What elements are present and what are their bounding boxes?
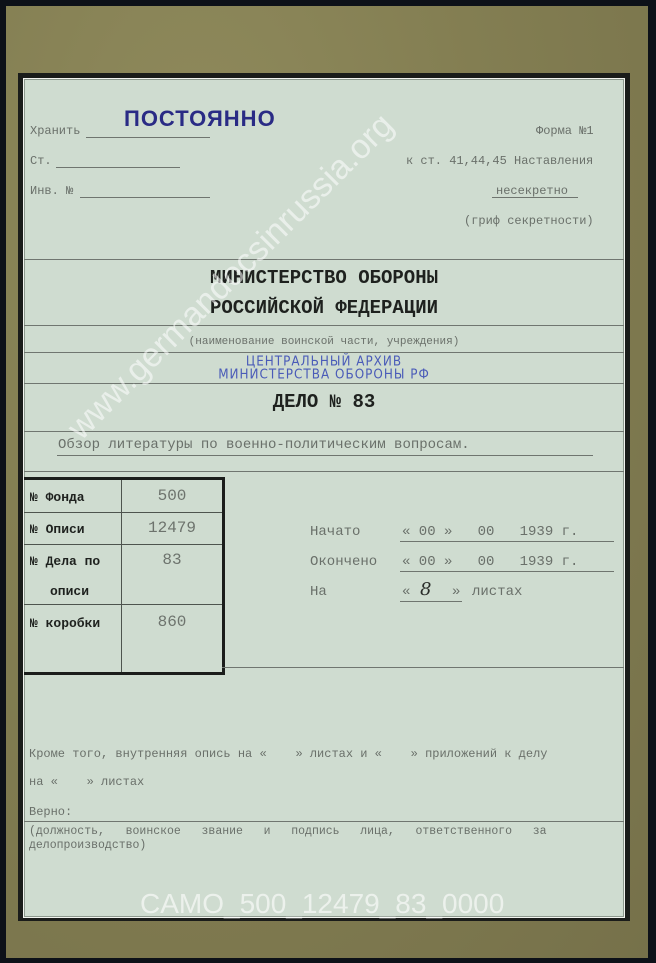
box-label: № коробки: [30, 616, 100, 631]
divider: [24, 259, 624, 260]
ended-underline: [400, 571, 614, 572]
started-label: Начато: [310, 524, 360, 540]
identifiers-table: № Фонда 500 № Описи 12479 № Дела по опис…: [24, 477, 225, 675]
delo-value: 83: [122, 551, 222, 569]
ministry-line-2: РОССИЙСКОЙ ФЕДЕРАЦИИ: [24, 297, 624, 319]
table-row-box: № коробки 860: [24, 604, 222, 672]
signature-line: [24, 821, 624, 822]
store-underline: [86, 137, 210, 138]
internal-inventory-line: Кроме того, внутренняя опись на « » лист…: [29, 747, 547, 761]
delo-label: № Дела по: [30, 554, 100, 569]
ministry-caption: (наименование воинской части, учреждения…: [24, 336, 624, 348]
classification-value: несекретно: [496, 184, 568, 198]
sheets-open-quote: «: [402, 584, 410, 600]
table-row-fond: № Фонда 500: [24, 480, 222, 513]
ended-label: Окончено: [310, 554, 377, 570]
fond-value: 500: [122, 487, 222, 505]
sheets-close-quote: »: [452, 584, 460, 600]
inv-underline: [80, 197, 210, 198]
divider: [24, 431, 624, 432]
verified-label: Верно:: [29, 805, 72, 819]
case-file-card: Хранить ПОСТОЯННО Ст. Инв. № Форма №1 к …: [23, 78, 625, 918]
started-underline: [400, 541, 614, 542]
opis-label: № Описи: [30, 522, 85, 537]
responsible-caption-2: делопроизводство): [29, 839, 146, 852]
case-subject-underline: [57, 455, 593, 456]
sheets-underline: [400, 601, 462, 602]
divider: [222, 667, 624, 668]
delo-label-2: описи: [50, 584, 89, 599]
footer-sheets-line: на « » листах: [29, 775, 144, 789]
table-row-opis: № Описи 12479: [24, 512, 222, 545]
inv-label: Инв. №: [30, 184, 73, 198]
sheets-label: На: [310, 584, 327, 600]
divider: [24, 325, 624, 326]
archive-stamp-line-2: МИНИСТЕРСТВА ОБОРОНЫ РФ: [24, 367, 624, 380]
table-row-delo: № Дела по описи 83: [24, 544, 222, 605]
regulation-reference: к ст. 41,44,45 Наставления: [406, 154, 593, 168]
st-label: Ст.: [30, 154, 52, 168]
fond-label: № Фонда: [30, 490, 85, 505]
box-value: 860: [122, 613, 222, 631]
classification-caption: (гриф секретности): [464, 214, 594, 228]
opis-value: 12479: [122, 519, 222, 537]
responsible-caption-1: (должность, воинское звание и подпись ли…: [29, 825, 547, 838]
form-number: Форма №1: [536, 124, 594, 138]
sheets-unit: листах: [472, 584, 522, 600]
divider: [24, 383, 624, 384]
case-subject: Обзор литературы по военно-политическим …: [58, 437, 470, 453]
ministry-line-1: МИНИСТЕРСТВО ОБОРОНЫ: [24, 267, 624, 289]
bottom-archive-code-watermark: CAMO_500_12479_83_0000: [140, 888, 504, 920]
st-underline: [56, 167, 180, 168]
ended-value: « 00 » 00 1939 г.: [402, 554, 578, 570]
store-permanently-stamp: ПОСТОЯННО: [124, 106, 276, 132]
started-value: « 00 » 00 1939 г.: [402, 524, 578, 540]
classification-underline: [492, 197, 578, 198]
store-label: Хранить: [30, 124, 80, 138]
divider: [24, 471, 624, 472]
sheets-handwritten-count: 8: [420, 579, 431, 600]
case-title: ДЕЛО № 83: [24, 391, 624, 413]
